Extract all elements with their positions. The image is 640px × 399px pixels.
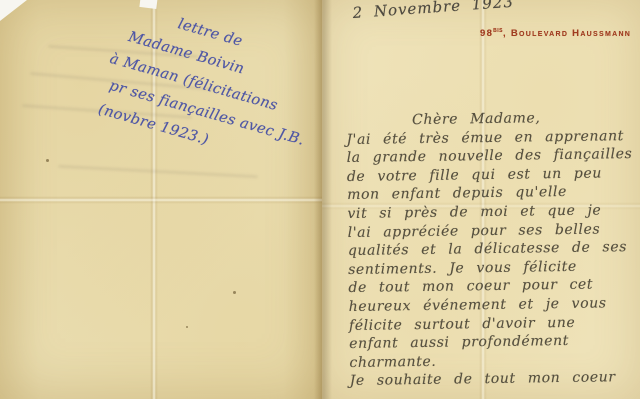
letter-page-left: lettre de Madame Boivin à Maman (félicit… xyxy=(0,0,322,399)
letterhead-street: , Boulevard Haussmann xyxy=(503,28,631,39)
paper-stain-speck xyxy=(233,291,236,294)
letterhead-number: 98 xyxy=(480,28,493,39)
letter-body: Chère Madame, J'ai été très émue en appr… xyxy=(346,108,640,391)
page-fold-seam xyxy=(314,0,332,399)
handwritten-date: 2 Novembre 1923 xyxy=(352,0,515,22)
paper-stain-speck xyxy=(46,159,49,162)
scanned-letter: lettre de Madame Boivin à Maman (félicit… xyxy=(0,0,640,399)
fold-crease-horizontal xyxy=(0,196,322,204)
letter-line: Je souhaite de tout mon coeur xyxy=(350,368,640,391)
letterhead-bis-superscript: bis xyxy=(493,27,503,34)
printed-letterhead-address: 98bis, Boulevard Haussmann xyxy=(480,27,631,39)
letter-page-right: 2 Novembre 1923 98bis, Boulevard Haussma… xyxy=(322,0,640,399)
ink-bleed-through-mark xyxy=(58,165,258,178)
paper-stain-speck xyxy=(186,326,188,328)
